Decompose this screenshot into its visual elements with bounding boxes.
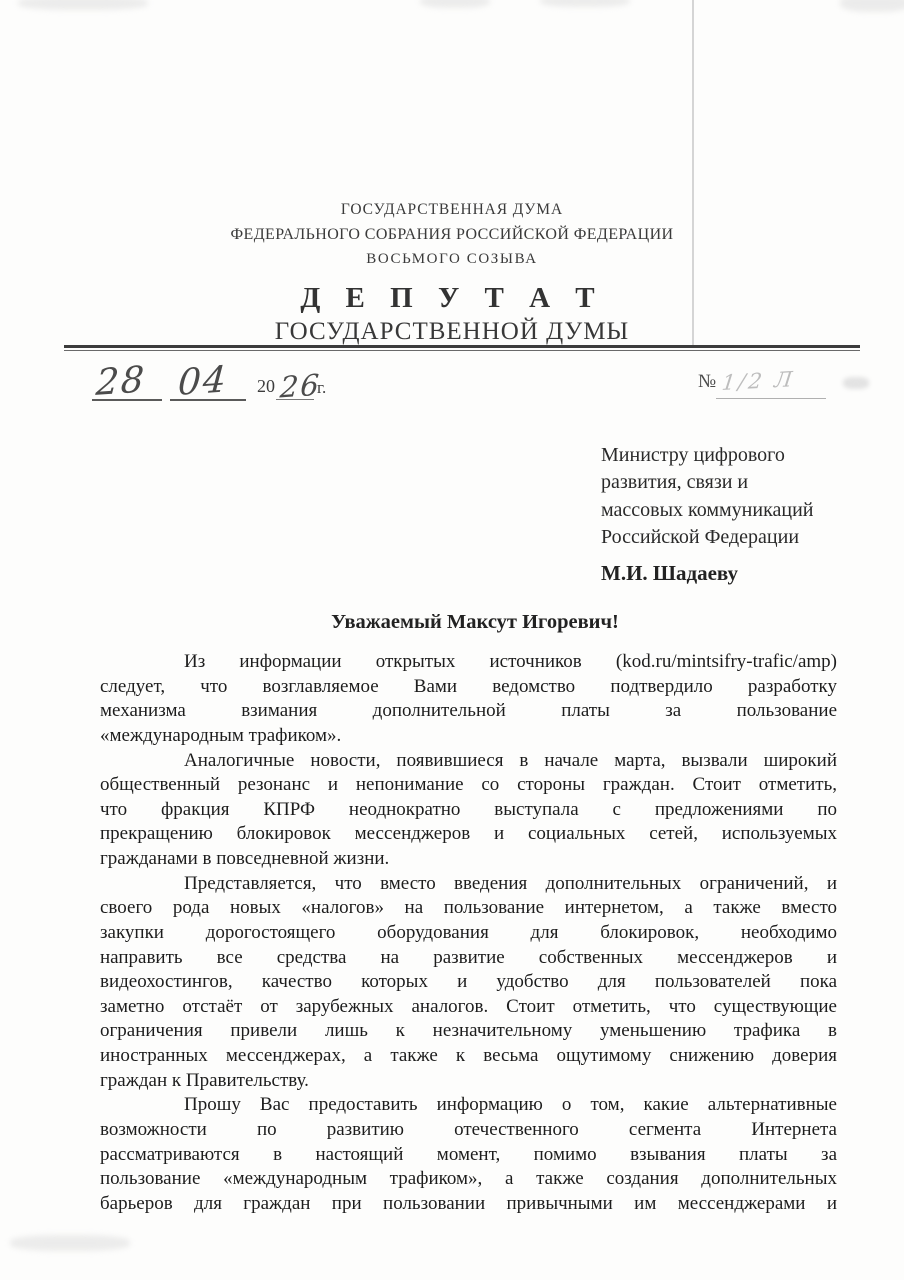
number-sign-label: № <box>698 371 716 393</box>
date-underline-day <box>92 399 162 401</box>
recipient-line: Российской Федерации <box>601 524 851 551</box>
body-line: «международным трафиком». <box>100 724 837 749</box>
rule-thick-line <box>64 345 860 348</box>
body-line: пользование «международным трафиком», а … <box>100 1167 837 1192</box>
body-line: общественный резонанс и непонимание со с… <box>100 773 837 798</box>
body-line: ограничения привели лишь к незначительно… <box>100 1019 837 1044</box>
letterhead-line3: ВОСЬМОГО СОЗЫВА <box>0 251 904 268</box>
body-line: механизма взимания дополнительной платы … <box>100 699 837 724</box>
letterhead-double-rule <box>64 345 860 351</box>
letterhead-line1: ГОСУДАРСТВЕННАЯ ДУМА <box>0 201 904 219</box>
body-line: что фракция КПРФ неоднократно выступала … <box>100 798 837 823</box>
scan-smudge <box>540 0 630 7</box>
rule-thin-line <box>64 350 860 351</box>
body-line: возможности по развитию отечественного с… <box>100 1118 837 1143</box>
body: Из информации открытых источников (kod.r… <box>100 650 837 1216</box>
recipient-line: массовых коммуникаций <box>601 497 851 524</box>
handwritten-day: 28 <box>95 359 148 404</box>
scan-smudge <box>840 0 904 12</box>
body-line: граждан к Правительству. <box>100 1069 837 1094</box>
scanned-letter-page: ГОСУДАРСТВЕННАЯ ДУМА ФЕДЕРАЛЬНОГО СОБРАН… <box>0 0 904 1280</box>
body-line: Представляется, что вместо введения допо… <box>100 872 837 897</box>
scan-smudge <box>420 0 490 8</box>
body-line: закупки дорогостоящего оборудования для … <box>100 921 837 946</box>
body-line: заметно отстаёт от зарубежных аналогов. … <box>100 995 837 1020</box>
body-line: видеохостингов, качество которых и удобс… <box>100 970 837 995</box>
recipient-name: М.И. Шадаеву <box>601 561 738 586</box>
handwritten-number: 1/2 Л <box>721 367 797 395</box>
body-line: гражданами в повседневной жизни. <box>100 847 837 872</box>
recipient-line: развития, связи и <box>601 469 851 496</box>
body-line: следует, что возглавляемое Вами ведомств… <box>100 675 837 700</box>
scan-smudge <box>10 1235 130 1251</box>
body-line: направить все средства на развитие собст… <box>100 946 837 971</box>
faint-ink-mark <box>843 377 869 389</box>
body-line: своего рода новых «налогов» на пользован… <box>100 896 837 921</box>
body-line: Из информации открытых источников (kod.r… <box>100 650 837 675</box>
body-line: барьеров для граждан при пользовании при… <box>100 1192 837 1217</box>
date-underline-month <box>170 399 246 401</box>
printed-year-prefix: 20 <box>257 376 275 397</box>
body-line: Аналогичные новости, появившиеся в начал… <box>100 749 837 774</box>
recipient-block: Министру цифрового развития, связи и мас… <box>601 442 851 552</box>
body-line: рассматриваются в настоящий момент, поми… <box>100 1143 837 1168</box>
handwritten-month: 04 <box>177 359 230 404</box>
year-label: г. <box>317 378 326 398</box>
body-line: прекращению блокировок мессенджеров и со… <box>100 822 837 847</box>
letterhead-subtitle: ГОСУДАРСТВЕННОЙ ДУМЫ <box>0 318 904 346</box>
salutation: Уважаемый Максут Игоревич! <box>100 611 850 634</box>
number-underline <box>716 398 826 399</box>
letterhead-line2: ФЕДЕРАЛЬНОГО СОБРАНИЯ РОССИЙСКОЙ ФЕДЕРАЦ… <box>0 226 904 244</box>
date-underline-year <box>276 399 314 400</box>
recipient-line: Министру цифрового <box>601 442 851 469</box>
body-line: Прошу Вас предоставить информацию о том,… <box>100 1093 837 1118</box>
letterhead: ГОСУДАРСТВЕННАЯ ДУМА ФЕДЕРАЛЬНОГО СОБРАН… <box>0 201 904 346</box>
body-line: иностранных мессенджерах, а также к весь… <box>100 1044 837 1069</box>
scan-smudge <box>18 0 148 10</box>
letterhead-title: Д Е П У Т А Т <box>0 282 904 315</box>
